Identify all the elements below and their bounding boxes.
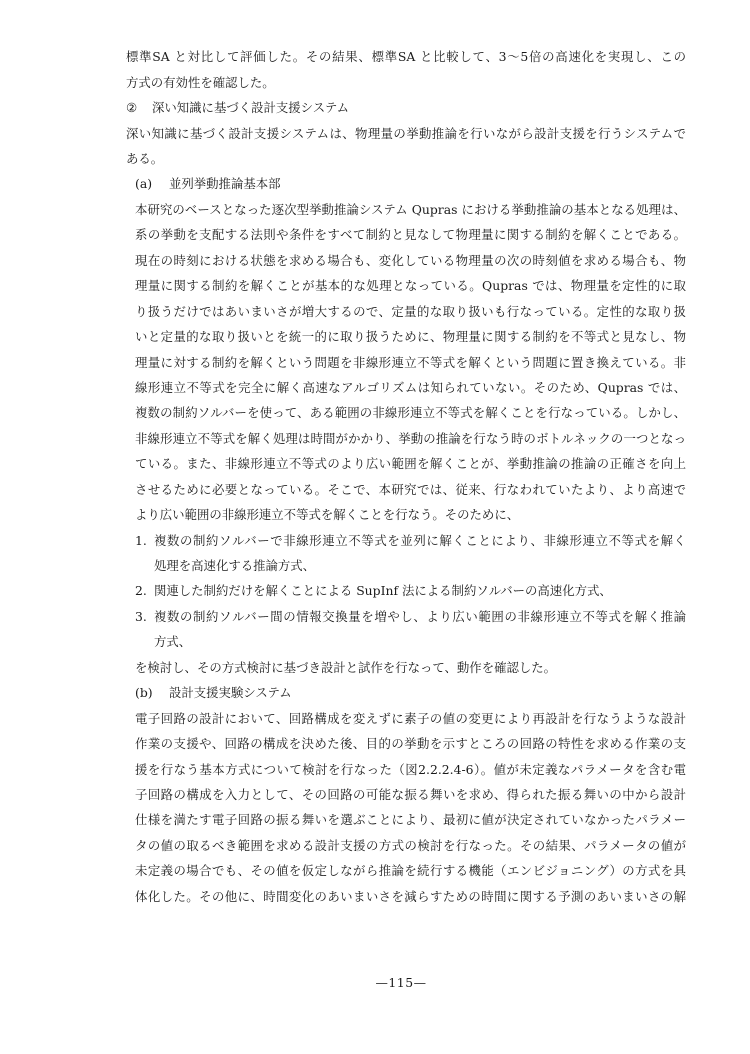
- text-line: 援を行なう基本方式について検討を行なった（図2.2.2.4-6）。値が未定義なパ…: [135, 757, 686, 782]
- intro-paragraph: 標準SA と対比して評価した。その結果、標準SA と比較して、3～5倍の高速化を…: [126, 44, 686, 95]
- subsection-heading-b: (b) 設計支援実験システム: [135, 680, 686, 705]
- list-item: 3. 複数の制約ソルバー間の情報交換量を増やし、より広い範囲の非線形連立不等式を…: [135, 604, 686, 655]
- list-item-number: 3.: [135, 604, 154, 629]
- section-number: ②: [126, 95, 152, 120]
- text-line: ある。: [126, 146, 686, 171]
- list-item-text: 複数の制約ソルバーで非線形連立不等式を並列に解くことにより、非線形連立不等式を解…: [154, 528, 686, 579]
- text-line: 方式の有効性を確認した。: [126, 70, 686, 95]
- subsection-label: (a): [135, 171, 169, 196]
- subsection-title: 並列挙動推論基本部: [169, 171, 281, 196]
- subsection-title: 設計支援実験システム: [169, 680, 292, 705]
- text-line: 非線形連立不等式を解く処理は時間がかかり、挙動の推論を行なう時のボトルネックの一…: [135, 426, 686, 451]
- list-item: 1. 複数の制約ソルバーで非線形連立不等式を並列に解くことにより、非線形連立不等…: [135, 528, 686, 579]
- text-line: 複数の制約ソルバーを使って、ある範囲の非線形連立不等式を解くことを行なっている。…: [135, 400, 686, 425]
- text-line: 線形連立不等式を完全に解く高速なアルゴリズムは知られていない。そのため、Qupr…: [135, 375, 686, 400]
- list-item-number: 2.: [135, 578, 154, 603]
- text-line: 関連した制約だけを解くことによる SupInf 法による制約ソルバーの高速化方式…: [154, 578, 686, 603]
- text-line: タの値の取るべき範囲を求める設計支援の方式の検討を行なった。その結果、パラメータ…: [135, 833, 686, 858]
- text-line: 処理を高速化する推論方式、: [154, 553, 686, 578]
- text-line: 理量に対する制約を解くという問題を非線形連立不等式を解くという問題に置き換えてい…: [135, 350, 686, 375]
- page-number: —115—: [121, 974, 681, 992]
- subsection-heading-a: (a) 並列挙動推論基本部: [135, 171, 686, 196]
- text-line: 子回路の構成を入力として、その回路の可能な振る舞いを求め、得られた振る舞いの中か…: [135, 782, 686, 807]
- list-item-text: 関連した制約だけを解くことによる SupInf 法による制約ソルバーの高速化方式…: [154, 578, 686, 603]
- list-item: 2. 関連した制約だけを解くことによる SupInf 法による制約ソルバーの高速…: [135, 578, 686, 603]
- text-line: 作業の支援や、回路の構成を決めた後、目的の挙動を示すところの回路の特性を求める作…: [135, 731, 686, 756]
- document-page: 標準SA と対比して評価した。その結果、標準SA と比較して、3～5倍の高速化を…: [126, 44, 686, 909]
- text-line: 現在の時刻における状態を求める場合も、変化している物理量の次の時刻値を求める場合…: [135, 248, 686, 273]
- text-line: ている。また、非線形連立不等式のより広い範囲を解くことが、挙動推論の推論の正確さ…: [135, 451, 686, 476]
- text-line: いと定量的な取り扱いとを統一的に取り扱うために、物理量に関する制約を不等式と見な…: [135, 324, 686, 349]
- text-line: より広い範囲の非線形連立不等式を解くことを行なう。そのために、: [135, 502, 686, 527]
- closing-sentence: を検討し、その方式検討に基づき設計と試作を行なって、動作を確認した。: [135, 655, 686, 680]
- section-title: 深い知識に基づく設計支援システム: [152, 95, 349, 120]
- subsection-b-paragraph: 電子回路の設計において、回路構成を変えずに素子の値の変更により再設計を行なうよう…: [135, 706, 686, 910]
- text-line: 方式、: [154, 629, 686, 654]
- text-line: 仕様を満たす電子回路の振る舞いを選ぶことにより、最初に値が決定されていなかったパ…: [135, 807, 686, 832]
- text-line: り扱うだけではあいまいさが増大するので、定量的な取り扱いも行なっている。定性的な…: [135, 299, 686, 324]
- section-heading: ② 深い知識に基づく設計支援システム: [126, 95, 686, 120]
- list-item-number: 1.: [135, 528, 154, 553]
- text-line: 標準SA と対比して評価した。その結果、標準SA と比較して、3～5倍の高速化を…: [126, 44, 686, 69]
- section-intro-paragraph: 深い知識に基づく設計支援システムは、物理量の挙動推論を行いながら設計支援を行うシ…: [126, 121, 686, 172]
- text-line: 理量に関する制約を解くことが基本的な処理となっている。Qupras では、物理量…: [135, 273, 686, 298]
- subsection-label: (b): [135, 680, 169, 705]
- text-line: させるために必要となっている。そこで、本研究では、従来、行なわれていたより、より…: [135, 477, 686, 502]
- text-line: 電子回路の設計において、回路構成を変えずに素子の値の変更により再設計を行なうよう…: [135, 706, 686, 731]
- text-line: 本研究のベースとなった逐次型挙動推論システム Qupras における挙動推論の基…: [135, 197, 686, 222]
- text-line: 体化した。その他に、時間変化のあいまいさを減らすための時間に関する予測のあいまい…: [135, 884, 686, 909]
- text-line: 深い知識に基づく設計支援システムは、物理量の挙動推論を行いながら設計支援を行うシ…: [126, 121, 686, 146]
- numbered-list: 1. 複数の制約ソルバーで非線形連立不等式を並列に解くことにより、非線形連立不等…: [126, 528, 686, 655]
- text-line: 複数の制約ソルバーで非線形連立不等式を並列に解くことにより、非線形連立不等式を解…: [154, 528, 686, 553]
- list-item-text: 複数の制約ソルバー間の情報交換量を増やし、より広い範囲の非線形連立不等式を解く推…: [154, 604, 686, 655]
- text-line: 複数の制約ソルバー間の情報交換量を増やし、より広い範囲の非線形連立不等式を解く推…: [154, 604, 686, 629]
- text-line: 系の挙動を支配する法則や条件をすべて制約と見なして物理量に関する制約を解くことで…: [135, 222, 686, 247]
- subsection-a-paragraph: 本研究のベースとなった逐次型挙動推論システム Qupras における挙動推論の基…: [135, 197, 686, 528]
- text-line: 未定義の場合でも、その値を仮定しながら推論を続行する機能（エンビジョニング）の方…: [135, 858, 686, 883]
